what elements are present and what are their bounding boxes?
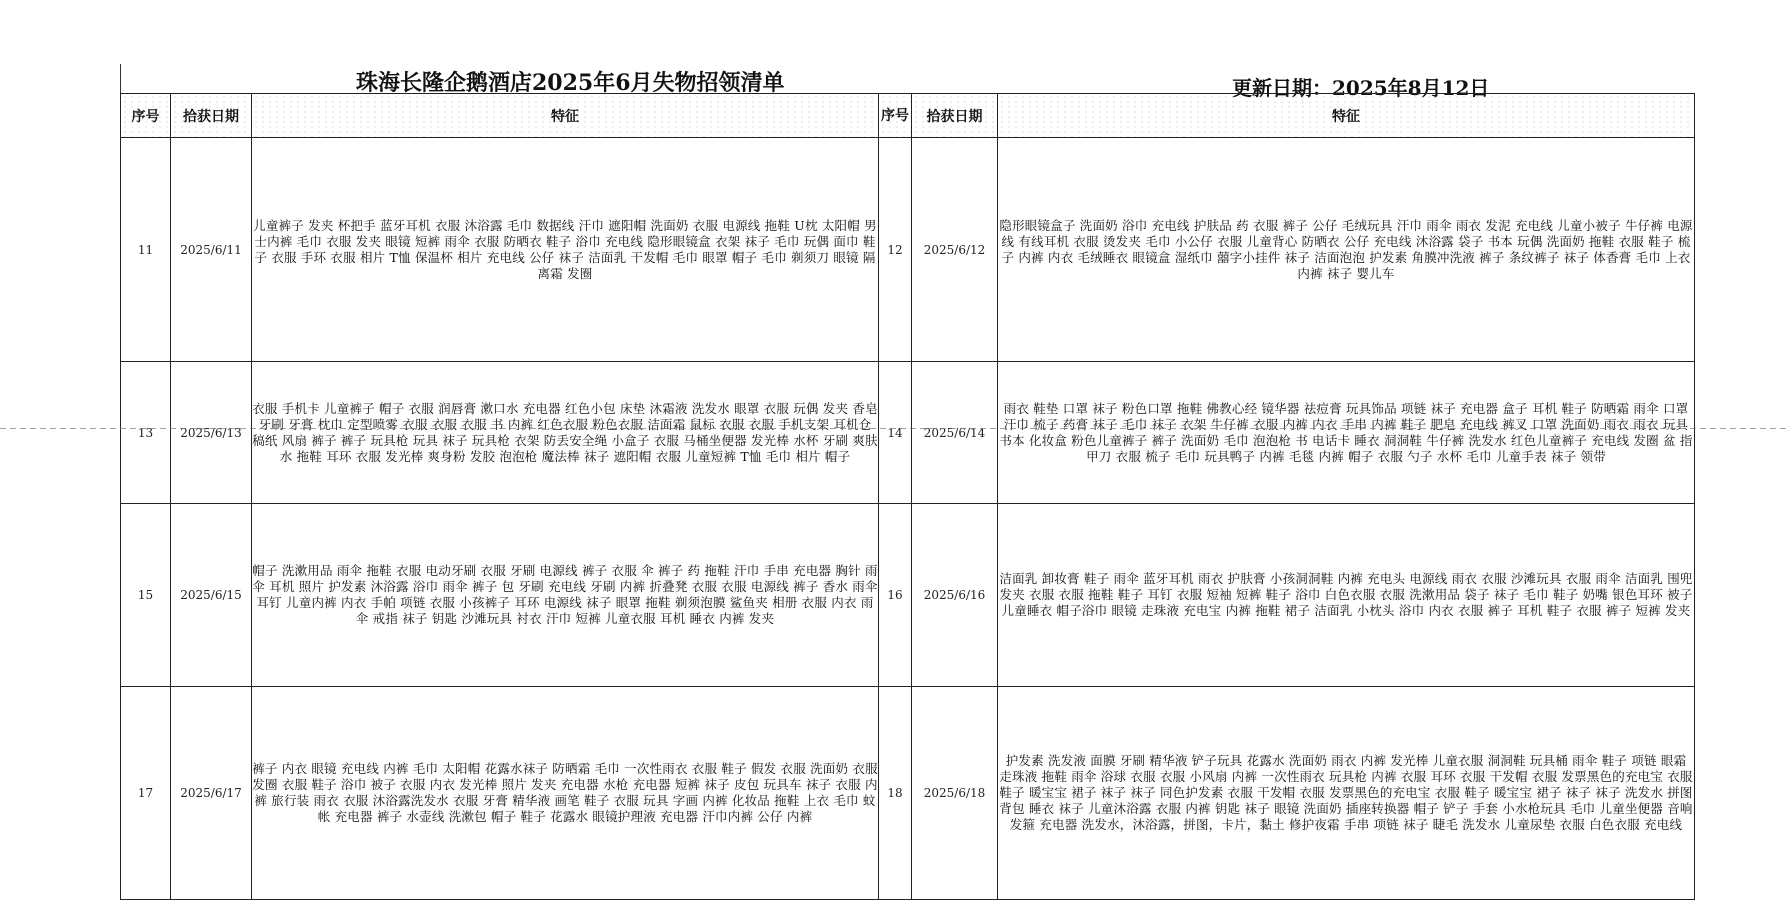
header-date-2: 拾获日期 bbox=[912, 94, 998, 138]
lost-items-table: 序号 拾获日期 特征 序号 拾获日期 特征 11 2025/6/11 儿童裤子 … bbox=[120, 93, 1695, 900]
row-date: 2025/6/17 bbox=[171, 687, 252, 900]
row-features: 裤子 内衣 眼镜 充电线 内裤 毛巾 太阳帽 花露水袜子 防晒霜 毛巾 一次性雨… bbox=[252, 687, 879, 900]
row-features: 雨衣 鞋垫 口罩 袜子 粉色口罩 拖鞋 佛教心经 镜华器 祛痘膏 玩具饰品 项链… bbox=[998, 362, 1695, 504]
header-seq-2: 序号 bbox=[879, 94, 912, 138]
row-seq: 14 bbox=[879, 362, 912, 504]
row-date: 2025/6/15 bbox=[171, 504, 252, 687]
table-row: 15 2025/6/15 帽子 洗漱用品 雨伞 拖鞋 衣服 电动牙刷 衣服 牙刷… bbox=[121, 504, 1695, 687]
row-seq: 12 bbox=[879, 138, 912, 362]
row-seq: 15 bbox=[121, 504, 171, 687]
lost-and-found-document: 珠海长隆企鹅酒店2025年6月失物招领清单 更新日期：2025年8月12日 序号… bbox=[0, 0, 1790, 915]
row-seq: 13 bbox=[121, 362, 171, 504]
row-date: 2025/6/12 bbox=[912, 138, 998, 362]
row-features: 护发素 洗发液 面膜 牙刷 精华液 铲子玩具 花露水 洗面奶 雨衣 内裤 发光棒… bbox=[998, 687, 1695, 900]
table-row: 11 2025/6/11 儿童裤子 发夹 杯把手 蓝牙耳机 衣服 沐浴露 毛巾 … bbox=[121, 138, 1695, 362]
row-date: 2025/6/13 bbox=[171, 362, 252, 504]
row-seq: 17 bbox=[121, 687, 171, 900]
row-features: 洁面乳 卸妆膏 鞋子 雨伞 蓝牙耳机 雨衣 护肤膏 小孩洞洞鞋 内裤 充电头 电… bbox=[998, 504, 1695, 687]
table-row: 13 2025/6/13 衣服 手机卡 儿童裤子 帽子 衣服 润唇膏 漱口水 充… bbox=[121, 362, 1695, 504]
row-date: 2025/6/14 bbox=[912, 362, 998, 504]
table-row: 17 2025/6/17 裤子 内衣 眼镜 充电线 内裤 毛巾 太阳帽 花露水袜… bbox=[121, 687, 1695, 900]
table-header-row: 序号 拾获日期 特征 序号 拾获日期 特征 bbox=[121, 94, 1695, 138]
scan-artifact-line bbox=[0, 428, 1790, 429]
row-date: 2025/6/18 bbox=[912, 687, 998, 900]
header-date: 拾获日期 bbox=[171, 94, 252, 138]
row-features: 帽子 洗漱用品 雨伞 拖鞋 衣服 电动牙刷 衣服 牙刷 电源线 裤子 衣服 伞 … bbox=[252, 504, 879, 687]
row-date: 2025/6/16 bbox=[912, 504, 998, 687]
row-features: 隐形眼镜盒子 洗面奶 浴巾 充电线 护肤品 药 衣服 裤子 公仔 毛绒玩具 汗巾… bbox=[998, 138, 1695, 362]
row-seq: 18 bbox=[879, 687, 912, 900]
row-features: 衣服 手机卡 儿童裤子 帽子 衣服 润唇膏 漱口水 充电器 红色小包 床垫 沐霜… bbox=[252, 362, 879, 504]
border-line bbox=[120, 64, 121, 94]
header-features-2: 特征 bbox=[998, 94, 1695, 138]
header-features: 特征 bbox=[252, 94, 879, 138]
row-seq: 16 bbox=[879, 504, 912, 687]
row-seq: 11 bbox=[121, 138, 171, 362]
row-date: 2025/6/11 bbox=[171, 138, 252, 362]
header-seq: 序号 bbox=[121, 94, 171, 138]
row-features: 儿童裤子 发夹 杯把手 蓝牙耳机 衣服 沐浴露 毛巾 数据线 汗巾 遮阳帽 洗面… bbox=[252, 138, 879, 362]
